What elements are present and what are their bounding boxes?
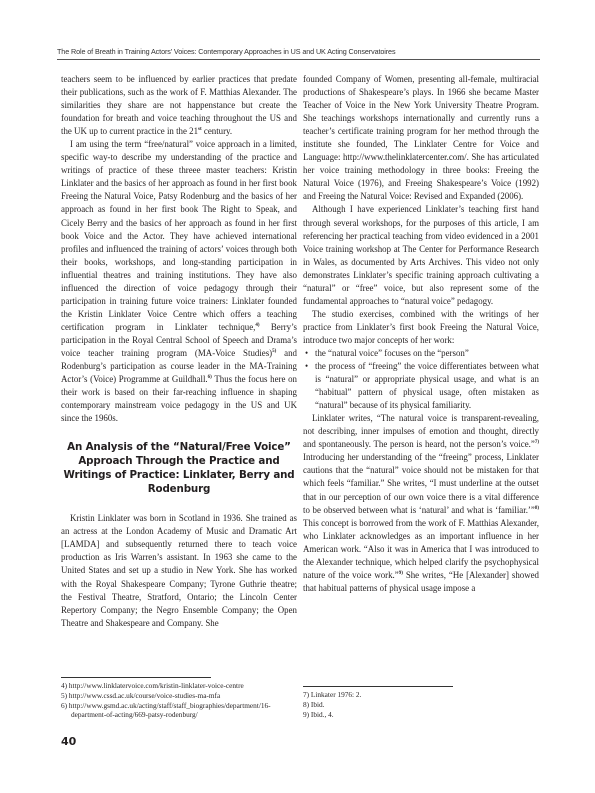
footnote: 4) http://www.linklatervoice.com/kristin… [61, 681, 297, 691]
paragraph: The studio exercises, combined with the … [303, 308, 539, 347]
footnote-ref[interactable]: 7) [535, 440, 539, 445]
footnote-divider [303, 686, 453, 687]
footnotes-right: 7) Linkater 1976: 2. 8) Ibid. 9) Ibid., … [303, 686, 539, 719]
footnotes-left: 4) http://www.linklatervoice.com/kristin… [61, 677, 297, 720]
left-column: teachers seem to be influenced by earlie… [61, 73, 297, 630]
paragraph: teachers seem to be influenced by earlie… [61, 73, 297, 138]
list-item: the “natural voice” focuses on the “pers… [303, 347, 539, 360]
paragraph: Kristin Linklater was born in Scotland i… [61, 512, 297, 629]
bullet-list: the “natural voice” focuses on the “pers… [303, 347, 539, 412]
footnote: 6) http://www.gsmd.ac.uk/acting/staff/st… [61, 701, 297, 721]
paragraph: Linklater writes, “The natural voice is … [303, 412, 539, 595]
paragraph: Although I have experienced Linklater’s … [303, 203, 539, 307]
footnote: 9) Ibid., 4. [303, 710, 539, 720]
paragraph: I am using the term “free/natural” voice… [61, 138, 297, 425]
footnote-divider [61, 677, 211, 678]
paragraph: founded Company of Women, presenting all… [303, 73, 539, 203]
list-item: the process of “freeing” the voice diffe… [303, 360, 539, 412]
running-head: The Role of Breath in Training Actors' V… [57, 47, 540, 60]
footnote: 7) Linkater 1976: 2. [303, 690, 539, 700]
footnote-ref[interactable]: 8) [535, 506, 539, 511]
page-number: 40 [61, 735, 76, 748]
footnote: 5) http://www.cssd.ac.uk/course/voice-st… [61, 691, 297, 701]
section-heading: An Analysis of the “Natural/Free Voice” … [61, 440, 297, 496]
footnote: 8) Ibid. [303, 700, 539, 710]
right-column: founded Company of Women, presenting all… [303, 73, 539, 595]
